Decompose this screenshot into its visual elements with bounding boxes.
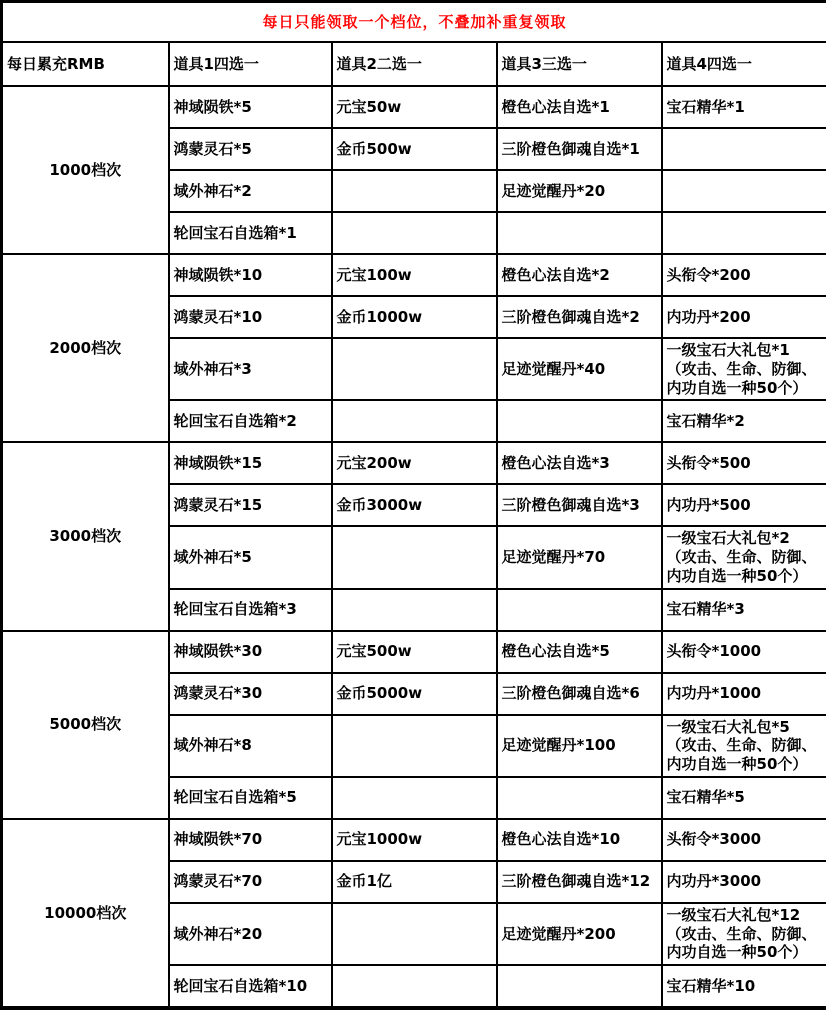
item-cell: 元宝50w	[332, 86, 497, 128]
item-cell: 轮回宝石自选箱*1	[169, 212, 332, 254]
item-cell: 三阶橙色御魂自选*2	[497, 296, 662, 338]
item-cell	[497, 212, 662, 254]
item-cell: 域外神石*3	[169, 338, 332, 400]
item-cell: 神域陨铁*30	[169, 631, 332, 673]
item-cell	[497, 589, 662, 631]
column-header-daily-rmb: 每日累充RMB	[2, 42, 169, 86]
daily-recharge-reward-table: 每日只能领取一个档位，不叠加补重复领取 每日累充RMB 道具1四选一 道具2二选…	[0, 0, 826, 1010]
table-row: 5000档次神域陨铁*30元宝500w橙色心法自选*5头衔令*1000	[2, 631, 826, 673]
tier-label: 2000档次	[2, 254, 169, 442]
item-cell: 宝石精华*1	[662, 86, 826, 128]
item-cell: 橙色心法自选*5	[497, 631, 662, 673]
item-cell	[497, 965, 662, 1008]
table-row: 1000档次神域陨铁*5元宝50w橙色心法自选*1宝石精华*1	[2, 86, 826, 128]
item-cell: 域外神石*20	[169, 903, 332, 965]
item-cell: 头衔令*200	[662, 254, 826, 296]
item-cell: 轮回宝石自选箱*10	[169, 965, 332, 1008]
item-cell: 元宝100w	[332, 254, 497, 296]
column-header-item2: 道具2二选一	[332, 42, 497, 86]
item-cell: 三阶橙色御魂自选*1	[497, 128, 662, 170]
item-cell: 金币1亿	[332, 861, 497, 903]
tier-label: 3000档次	[2, 442, 169, 630]
item-cell: 足迹觉醒丹*100	[497, 715, 662, 777]
item-cell: 一级宝石大礼包*5 （攻击、生命、防御、 内功自选一种50个）	[662, 715, 826, 777]
item-cell	[332, 212, 497, 254]
item-cell: 轮回宝石自选箱*3	[169, 589, 332, 631]
item-cell: 神域陨铁*70	[169, 819, 332, 861]
item-cell: 金币1000w	[332, 296, 497, 338]
column-header-item3: 道具3三选一	[497, 42, 662, 86]
item-cell: 宝石精华*5	[662, 777, 826, 819]
item-cell: 鸿蒙灵石*15	[169, 484, 332, 526]
item-cell: 头衔令*3000	[662, 819, 826, 861]
item-cell: 鸿蒙灵石*30	[169, 673, 332, 715]
item-cell: 神域陨铁*5	[169, 86, 332, 128]
item-cell: 头衔令*500	[662, 442, 826, 484]
item-cell	[332, 526, 497, 588]
item-cell: 三阶橙色御魂自选*6	[497, 673, 662, 715]
item-cell: 宝石精华*2	[662, 400, 826, 442]
item-cell: 橙色心法自选*10	[497, 819, 662, 861]
table-title: 每日只能领取一个档位，不叠加补重复领取	[2, 2, 826, 43]
item-cell: 轮回宝石自选箱*2	[169, 400, 332, 442]
item-cell	[497, 777, 662, 819]
item-cell	[332, 400, 497, 442]
column-header-row: 每日累充RMB 道具1四选一 道具2二选一 道具3三选一 道具4四选一	[2, 42, 826, 86]
item-cell: 内功丹*3000	[662, 861, 826, 903]
item-cell: 域外神石*5	[169, 526, 332, 588]
item-cell	[332, 777, 497, 819]
item-cell: 鸿蒙灵石*5	[169, 128, 332, 170]
item-cell	[332, 338, 497, 400]
item-cell: 足迹觉醒丹*40	[497, 338, 662, 400]
item-cell: 神域陨铁*15	[169, 442, 332, 484]
item-cell: 宝石精华*10	[662, 965, 826, 1008]
item-cell	[332, 589, 497, 631]
item-cell	[662, 212, 826, 254]
item-cell: 橙色心法自选*2	[497, 254, 662, 296]
title-row: 每日只能领取一个档位，不叠加补重复领取	[2, 2, 826, 43]
item-cell	[332, 903, 497, 965]
item-cell	[662, 170, 826, 212]
item-cell: 元宝1000w	[332, 819, 497, 861]
item-cell: 橙色心法自选*3	[497, 442, 662, 484]
item-cell: 三阶橙色御魂自选*3	[497, 484, 662, 526]
item-cell: 一级宝石大礼包*1 （攻击、生命、防御、 内功自选一种50个）	[662, 338, 826, 400]
table-row: 2000档次神域陨铁*10元宝100w橙色心法自选*2头衔令*200	[2, 254, 826, 296]
item-cell: 金币5000w	[332, 673, 497, 715]
item-cell: 金币3000w	[332, 484, 497, 526]
item-cell: 宝石精华*3	[662, 589, 826, 631]
item-cell	[497, 400, 662, 442]
item-cell	[332, 965, 497, 1008]
item-cell	[332, 715, 497, 777]
column-header-item1: 道具1四选一	[169, 42, 332, 86]
item-cell: 神域陨铁*10	[169, 254, 332, 296]
table-row: 10000档次神域陨铁*70元宝1000w橙色心法自选*10头衔令*3000	[2, 819, 826, 861]
item-cell: 橙色心法自选*1	[497, 86, 662, 128]
item-cell: 金币500w	[332, 128, 497, 170]
item-cell: 一级宝石大礼包*2 （攻击、生命、防御、 内功自选一种50个）	[662, 526, 826, 588]
item-cell: 鸿蒙灵石*10	[169, 296, 332, 338]
table-row: 3000档次神域陨铁*15元宝200w橙色心法自选*3头衔令*500	[2, 442, 826, 484]
item-cell: 内功丹*1000	[662, 673, 826, 715]
item-cell	[332, 170, 497, 212]
column-header-item4: 道具4四选一	[662, 42, 826, 86]
item-cell: 足迹觉醒丹*70	[497, 526, 662, 588]
table-body: 1000档次神域陨铁*5元宝50w橙色心法自选*1宝石精华*1鸿蒙灵石*5金币5…	[2, 86, 826, 1008]
item-cell: 元宝200w	[332, 442, 497, 484]
item-cell: 内功丹*500	[662, 484, 826, 526]
item-cell: 内功丹*200	[662, 296, 826, 338]
tier-label: 5000档次	[2, 631, 169, 819]
item-cell: 域外神石*8	[169, 715, 332, 777]
item-cell: 元宝500w	[332, 631, 497, 673]
item-cell: 一级宝石大礼包*12 （攻击、生命、防御、 内功自选一种50个）	[662, 903, 826, 965]
item-cell	[662, 128, 826, 170]
item-cell: 域外神石*2	[169, 170, 332, 212]
item-cell: 三阶橙色御魂自选*12	[497, 861, 662, 903]
item-cell: 轮回宝石自选箱*5	[169, 777, 332, 819]
item-cell: 头衔令*1000	[662, 631, 826, 673]
tier-label: 1000档次	[2, 86, 169, 254]
item-cell: 足迹觉醒丹*200	[497, 903, 662, 965]
item-cell: 足迹觉醒丹*20	[497, 170, 662, 212]
tier-label: 10000档次	[2, 819, 169, 1008]
item-cell: 鸿蒙灵石*70	[169, 861, 332, 903]
